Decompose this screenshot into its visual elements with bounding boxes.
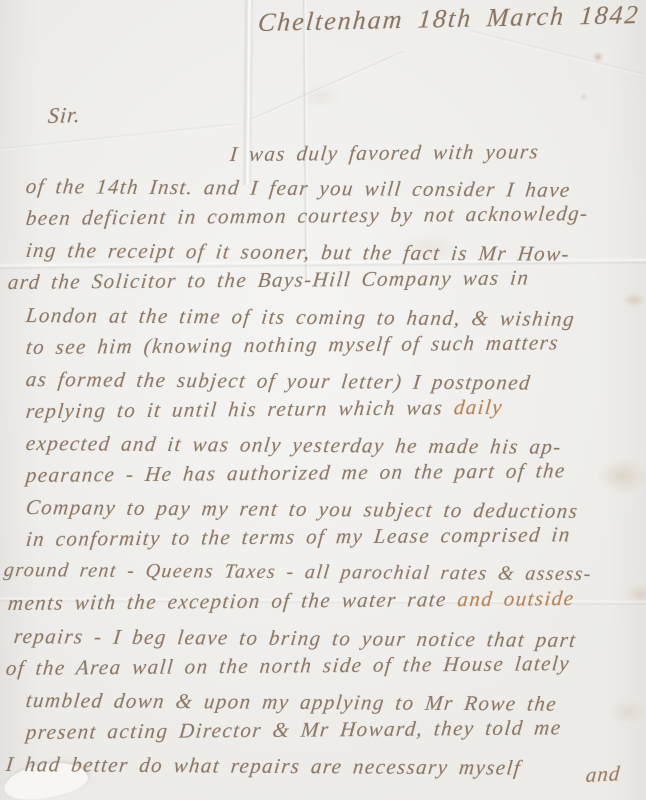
salutation: Sir. <box>47 102 82 129</box>
letter-line: I had better do what repairs are necessa… <box>5 752 523 781</box>
letter-line: to see him (knowing nothing myself of su… <box>25 330 560 360</box>
letter-line: pearance - He has authorized me on the p… <box>25 458 567 488</box>
letter-line: repairs - I beg leave to bring to your n… <box>13 624 578 653</box>
letter-line-text: I was duly favored with yours <box>229 139 540 166</box>
letter-line: of the 14th Inst. and I fear you will co… <box>25 174 573 203</box>
letter-line: ard the Solicitor to the Bays-Hill Compa… <box>7 266 531 296</box>
letter-line: ing the receipt of it sooner, but the fa… <box>25 238 572 267</box>
letter-line-text: ing the receipt of it sooner, but the fa… <box>25 238 572 266</box>
letter-line: ments with the exception of the water ra… <box>7 586 576 616</box>
letter-line-text: as formed the subject of your letter) I … <box>25 367 533 395</box>
letter-line: tumbled down & upon my applying to Mr Ro… <box>25 688 559 717</box>
letter-line-text: ments with the exception of the water ra… <box>7 587 459 615</box>
letter-line-text: ground rent - Queens Taxes - all parochi… <box>3 559 593 585</box>
letter-line: London at the time of its coming to hand… <box>25 303 577 332</box>
letter-line-faded-text: daily <box>453 395 504 419</box>
letter-line: expected and it was only yesterday he ma… <box>25 431 564 460</box>
diagonal-crease <box>251 51 403 121</box>
letter-line-text: repairs - I beg leave to bring to your n… <box>13 624 578 652</box>
letter-line-text: been deficient in common courtesy by not… <box>25 201 590 230</box>
vertical-fold-crease <box>302 0 309 280</box>
letter-line-text: pearance - He has authorized me on the p… <box>25 458 567 487</box>
letter-line: in conformity to the terms of my Lease c… <box>25 522 572 552</box>
letter-line-text: present acting Director & Mr Howard, the… <box>25 715 563 744</box>
letter-line: of the Area wall on the north side of th… <box>5 651 571 681</box>
diagonal-crease <box>470 30 646 79</box>
letter-line-faded-text: and outside <box>456 586 575 611</box>
letter-line: Company to pay my rent to you subject to… <box>25 495 580 524</box>
letter-line-text: ard the Solicitor to the Bays-Hill Compa… <box>7 266 531 295</box>
letter-line-text: I had better do what repairs are necessa… <box>5 752 523 780</box>
letter-scan: Cheltenham 18th March 1842 Sir. I was du… <box>0 0 646 800</box>
letter-line: as formed the subject of your letter) I … <box>25 367 533 396</box>
letter-line-text: expected and it was only yesterday he ma… <box>25 431 563 459</box>
diagonal-crease <box>0 123 239 151</box>
letter-line-text: Company to pay my rent to you subject to… <box>25 495 580 523</box>
letter-line-text: tumbled down & upon my applying to Mr Ro… <box>25 688 559 716</box>
letter-line: ground rent - Queens Taxes - all parochi… <box>3 559 593 586</box>
letter-line: present acting Director & Mr Howard, the… <box>25 715 563 745</box>
letter-line-text: of the 14th Inst. and I fear you will co… <box>25 174 572 202</box>
letter-line-text: to see him (knowing nothing myself of su… <box>25 330 560 359</box>
catchword: and <box>585 761 622 788</box>
letter-line-text: London at the time of its coming to hand… <box>25 303 577 331</box>
dateline: Cheltenham 18th March 1842 <box>257 0 641 38</box>
letter-line-text: in conformity to the terms of my Lease c… <box>25 522 572 551</box>
letter-line: I was duly favored with yours <box>229 139 541 167</box>
letter-line: been deficient in common courtesy by not… <box>25 201 590 231</box>
letter-line-text: of the Area wall on the north side of th… <box>5 651 571 680</box>
letter-line: replying to it until his return which wa… <box>25 395 504 424</box>
letter-line-text: replying to it until his return which wa… <box>25 395 455 423</box>
